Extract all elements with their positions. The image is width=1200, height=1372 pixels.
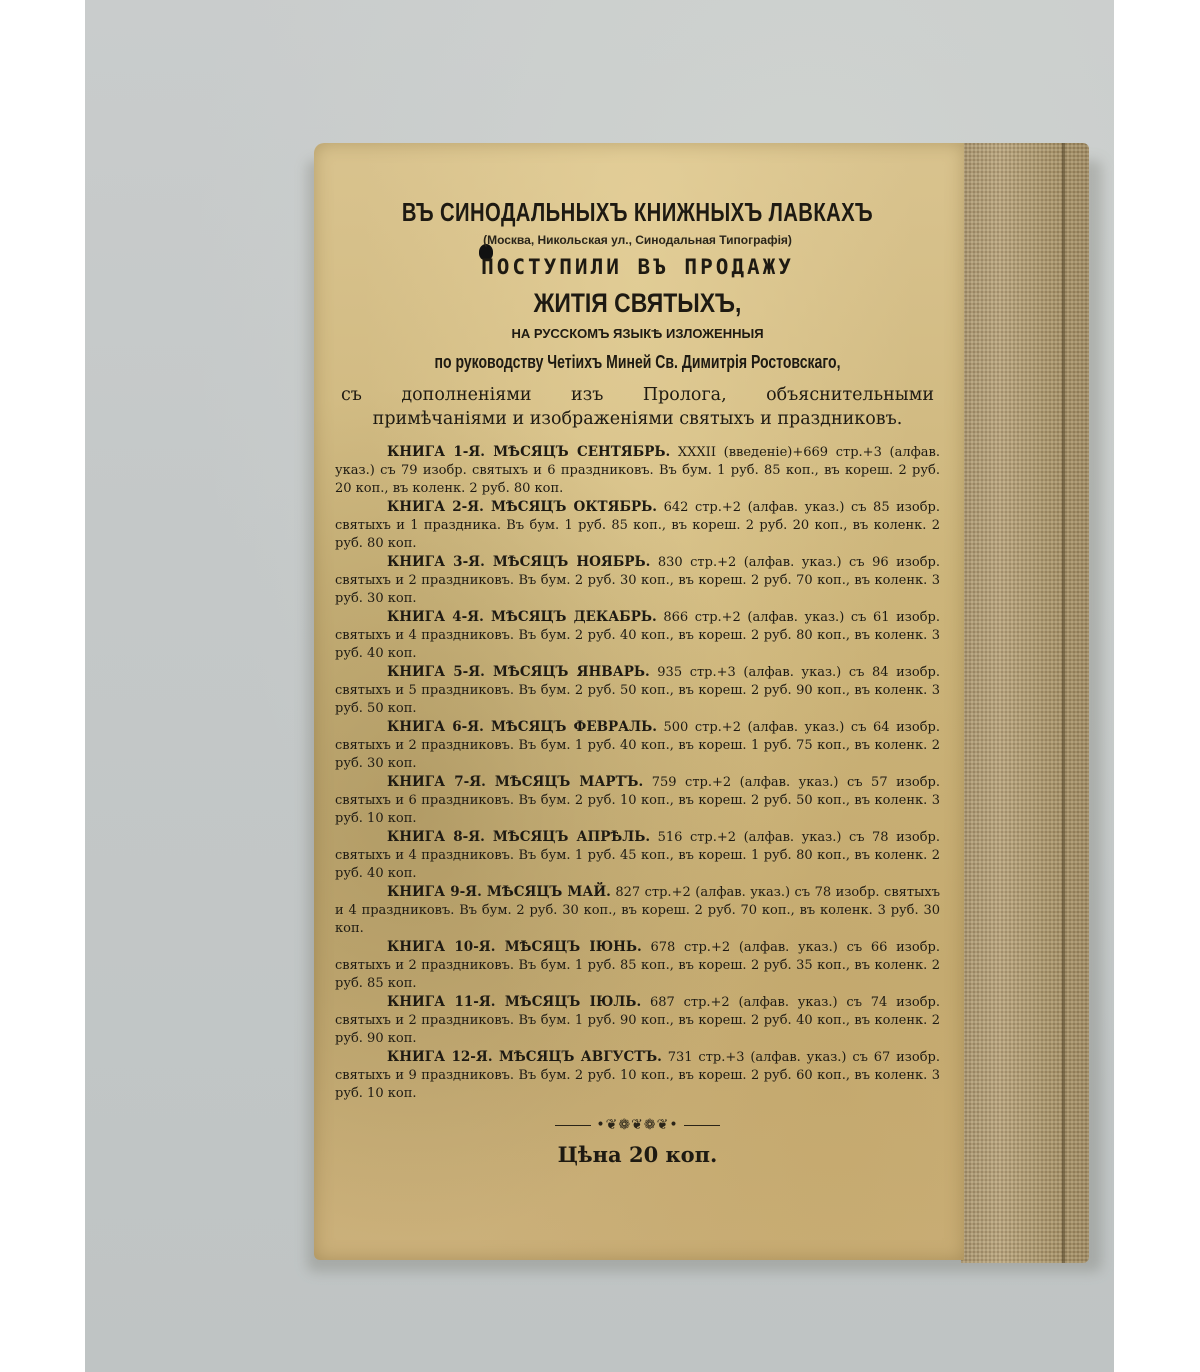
book-entry-heading: КНИГА 8-Я. МѢСЯЦЪ АПРѢЛЬ.: [387, 829, 650, 845]
book-entry-heading: КНИГА 4-Я. МѢСЯЦЪ ДЕКАБРЬ.: [387, 609, 657, 625]
ornament-divider: •❦❁❦❁❦•: [335, 1117, 940, 1133]
description: съ дополненіями изъ Пролога, объяснитель…: [335, 383, 940, 431]
book-entry: КНИГА 3-Я. МѢСЯЦЪ НОЯБРЬ. 830 стр.+2 (ал…: [335, 553, 940, 608]
book-entry: КНИГА 7-Я. МѢСЯЦЪ МАРТЪ. 759 стр.+2 (алф…: [335, 773, 940, 828]
book-entry-heading: КНИГА 5-Я. МѢСЯЦЪ ЯНВАРЬ.: [387, 664, 650, 680]
book-entry: КНИГА 11-Я. МѢСЯЦЪ ІЮЛЬ. 687 стр.+2 (алф…: [335, 993, 940, 1048]
main-title: Житія святыхъ,: [380, 285, 894, 321]
book-entry-heading: КНИГА 9-Я. МѢСЯЦЪ МАЙ.: [387, 884, 611, 900]
subtitle-guide: по руководству Четіихъ Миней Св. Димитрі…: [402, 349, 874, 375]
book-entry: КНИГА 8-Я. МѢСЯЦЪ АПРѢЛЬ. 516 стр.+2 (ал…: [335, 828, 940, 883]
book-entry-heading: КНИГА 7-Я. МѢСЯЦЪ МАРТЪ.: [387, 774, 643, 790]
book-entry-heading: КНИГА 3-Я. МѢСЯЦЪ НОЯБРЬ.: [387, 554, 650, 570]
ornament-glyphs: •❦❁❦❁❦•: [596, 1117, 678, 1133]
shop-address: (Москва, Никольская ул., Синодальная Тип…: [335, 231, 940, 249]
ornament-line-right: [684, 1125, 720, 1126]
book-entry: КНИГА 6-Я. МѢСЯЦЪ ФЕВРАЛЬ. 500 стр.+2 (а…: [335, 718, 940, 773]
book-entry-heading: КНИГА 12-Я. МѢСЯЦЪ АВГУСТЪ.: [387, 1049, 662, 1065]
book-entry: КНИГА 4-Я. МѢСЯЦЪ ДЕКАБРЬ. 866 стр.+2 (а…: [335, 608, 940, 663]
book-entry: КНИГА 5-Я. МѢСЯЦЪ ЯНВАРЬ. 935 стр.+3 (ал…: [335, 663, 940, 718]
book-entry-heading: КНИГА 1-Я. МѢСЯЦЪ СЕНТЯБРЬ.: [387, 444, 670, 460]
header-bookshops: Въ Синодальныхъ книжныхъ лавкахъ: [402, 195, 874, 229]
book-entry-heading: КНИГА 11-Я. МѢСЯЦЪ ІЮЛЬ.: [387, 994, 641, 1010]
ornament-line-left: [555, 1125, 591, 1126]
book-entry-heading: КНИГА 6-Я. МѢСЯЦЪ ФЕВРАЛЬ.: [387, 719, 657, 735]
book-spine-cloth: [961, 143, 1089, 1263]
book-entry: КНИГА 12-Я. МѢСЯЦЪ АВГУСТЪ. 731 стр.+3 (…: [335, 1048, 940, 1103]
book-entry: КНИГА 9-Я. МѢСЯЦЪ МАЙ. 827 стр.+2 (алфав…: [335, 883, 940, 938]
printed-advertisement: Въ Синодальныхъ книжныхъ лавкахъ (Москва…: [335, 195, 940, 1169]
subtitle-language: на русскомъ языкѣ изложенныя: [335, 325, 940, 343]
photo-background: Въ Синодальныхъ книжныхъ лавкахъ (Москва…: [85, 0, 1114, 1372]
book-entry-heading: КНИГА 2-Я. МѢСЯЦЪ ОКТЯБРЬ.: [387, 499, 657, 515]
book-entry-heading: КНИГА 10-Я. МѢСЯЦЪ ІЮНЬ.: [387, 939, 642, 955]
header-on-sale: Поступили въ продажу: [335, 253, 940, 281]
book-entry: КНИГА 2-Я. МѢСЯЦЪ ОКТЯБРЬ. 642 стр.+2 (а…: [335, 498, 940, 553]
book-entry: КНИГА 1-Я. МѢСЯЦЪ СЕНТЯБРЬ. XXXII (введе…: [335, 443, 940, 498]
book-entry: КНИГА 10-Я. МѢСЯЦЪ ІЮНЬ. 678 стр.+2 (алф…: [335, 938, 940, 993]
spine-fold-line: [1062, 143, 1065, 1263]
book-list: КНИГА 1-Я. МѢСЯЦЪ СЕНТЯБРЬ. XXXII (введе…: [335, 443, 940, 1103]
price-label: Цѣна 20 коп.: [335, 1141, 940, 1169]
